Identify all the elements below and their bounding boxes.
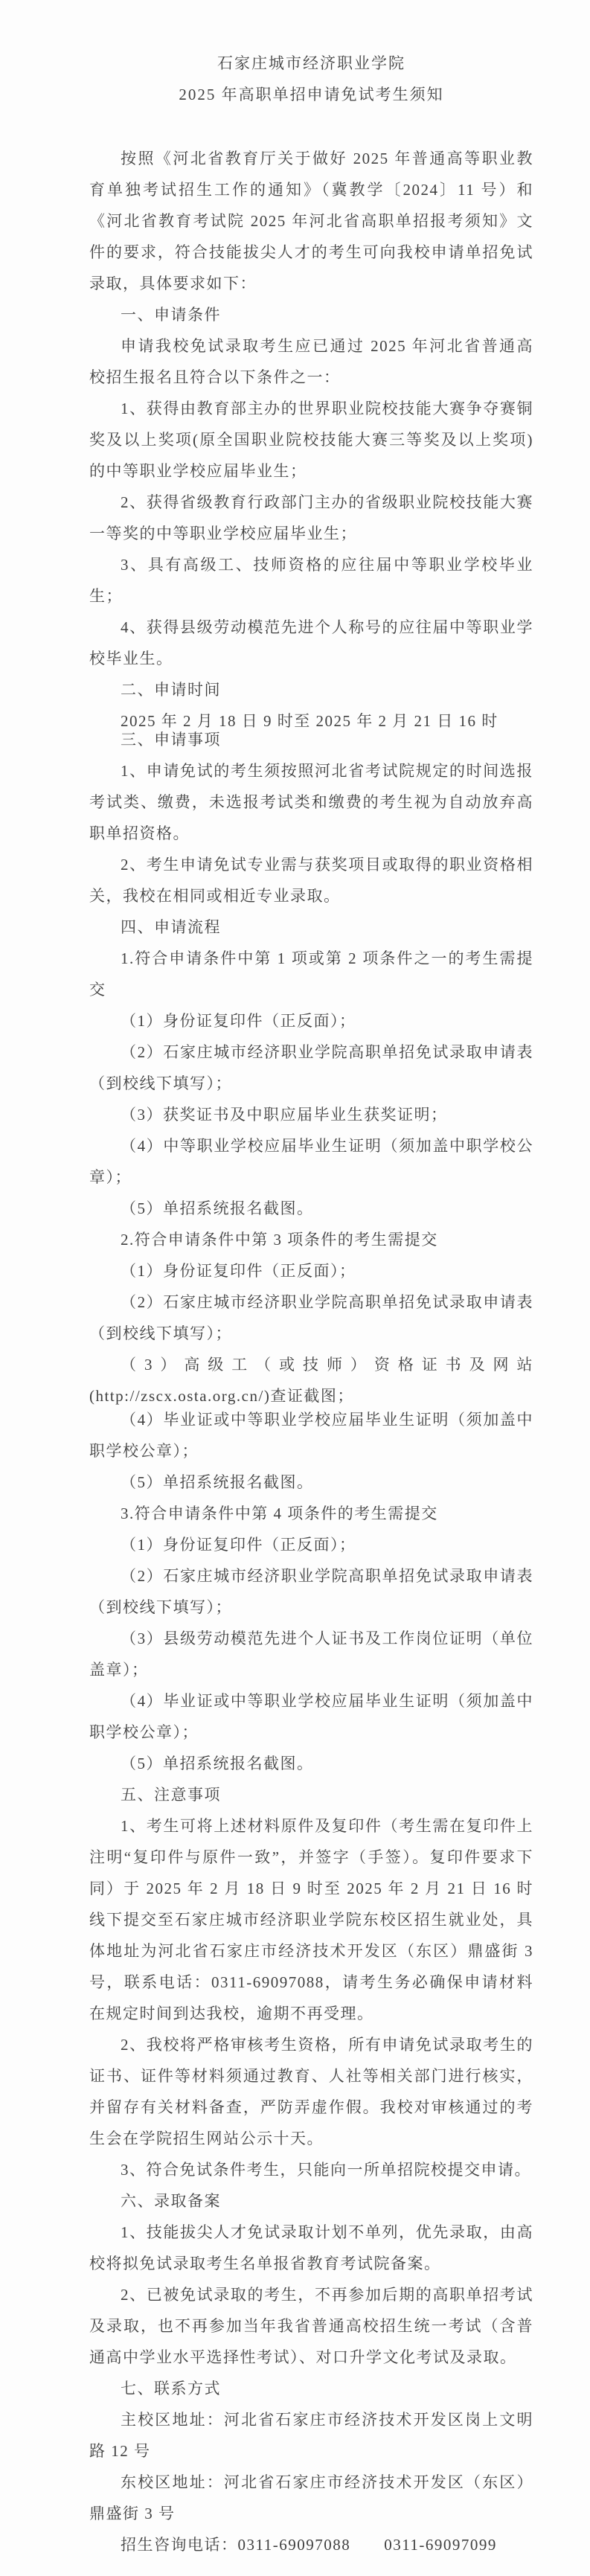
- paragraph: 1、申请免试的考生须按照河北省考试院规定的时间选报考试类、缴费，未选报考试类和缴…: [89, 755, 533, 849]
- paragraph: 3、具有高级工、技师资格的应往届中等职业学校毕业生；: [89, 549, 533, 612]
- doc-title-line2: 2025 年高职单招申请免试考生须知: [89, 79, 533, 110]
- document-page: 石家庄城市经济职业学院 2025 年高职单招申请免试考生须知 按照《河北省教育厅…: [0, 0, 590, 2576]
- paragraph: （1）身份证复印件（正反面）；: [89, 1255, 533, 1287]
- paragraph: 3、符合免试条件考生，只能向一所单招院校提交申请。: [89, 2154, 533, 2185]
- paragraph: （1）身份证复印件（正反面）；: [89, 1005, 533, 1037]
- paragraph: 东校区地址：河北省石家庄市经济技术开发区（东区）鼎盛街 3 号: [89, 2467, 533, 2529]
- paragraph: （3）高级工（或技师）资格证书及网站(http://zscx.osta.org.…: [89, 1349, 533, 1412]
- section-heading: 二、申请时间: [89, 674, 533, 705]
- paragraph: （2）石家庄城市经济职业学院高职单招免试录取申请表（到校线下填写）；: [89, 1287, 533, 1349]
- paragraph: （4）毕业证或中等职业学校应届毕业生证明（须加盖中职学校公章）；: [89, 1685, 533, 1748]
- document-body: 按照《河北省教育厅关于做好 2025 年普通高等职业教育单独考试招生工作的通知》…: [89, 143, 533, 2560]
- paragraph: （3）县级劳动模范先进个人证书及工作岗位证明（单位盖章）；: [89, 1623, 533, 1685]
- paragraph: 2、获得省级教育行政部门主办的省级职业院校技能大赛一等奖的中等职业学校应届毕业生…: [89, 487, 533, 549]
- section-heading: 六、录取备案: [89, 2185, 533, 2217]
- paragraph: 1、技能拔尖人才免试录取计划不单列，优先录取，由高校将拟免试录取考生名单报省教育…: [89, 2217, 533, 2279]
- section-heading: 七、联系方式: [89, 2373, 533, 2404]
- paragraph: （4）中等职业学校应届毕业生证明（须加盖中职学校公章）；: [89, 1130, 533, 1193]
- paragraph: （5）单招系统报名截图。: [89, 1467, 533, 1498]
- paragraph: 2、我校将严格审核考生资格，所有申请免试录取考生的证书、证件等材料须通过教育、人…: [89, 2029, 533, 2154]
- paragraph: （5）单招系统报名截图。: [89, 1193, 533, 1224]
- paragraph: 申请我校免试录取考生应已通过 2025 年河北省普通高校招生报名且符合以下条件之…: [89, 330, 533, 393]
- paragraph: 1、获得由教育部主办的世界职业院校技能大赛争夺赛铜奖及以上奖项(原全国职业院校技…: [89, 393, 533, 487]
- paragraph: 主校区地址：河北省石家庄市经济技术开发区岗上文明路 12 号: [89, 2404, 533, 2467]
- paragraph: 2、已被免试录取的考生，不再参加后期的高职单招考试及录取，也不再参加当年我省普通…: [89, 2279, 533, 2373]
- doc-title-line1: 石家庄城市经济职业学院: [89, 48, 533, 79]
- paragraph: （5）单招系统报名截图。: [89, 1748, 533, 1779]
- paragraph: （2）石家庄城市经济职业学院高职单招免试录取申请表（到校线下填写）；: [89, 1037, 533, 1099]
- paragraph: 按照《河北省教育厅关于做好 2025 年普通高等职业教育单独考试招生工作的通知》…: [89, 143, 533, 299]
- paragraph: 3.符合申请条件中第 4 项条件的考生需提交: [89, 1498, 533, 1529]
- paragraph: 2、考生申请免试专业需与获奖项目或取得的职业资格相关，我校在相同或相近专业录取。: [89, 849, 533, 911]
- paragraph: 招生咨询电话：0311-69097088 0311-69097099: [89, 2529, 533, 2560]
- paragraph: 1.符合申请条件中第 1 项或第 2 项条件之一的考生需提交: [89, 943, 533, 1005]
- section-heading: 四、申请流程: [89, 911, 533, 943]
- paragraph: （1）身份证复印件（正反面）；: [89, 1529, 533, 1560]
- paragraph: 4、获得县级劳动模范先进个人称号的应往届中等职业学校毕业生。: [89, 612, 533, 674]
- paragraph: （4）毕业证或中等职业学校应届毕业生证明（须加盖中职学校公章）；: [89, 1404, 533, 1467]
- paragraph: 2.符合申请条件中第 3 项条件的考生需提交: [89, 1224, 533, 1255]
- section-heading: 一、申请条件: [89, 299, 533, 330]
- paragraph: （2）石家庄城市经济职业学院高职单招免试录取申请表（到校线下填写）；: [89, 1560, 533, 1623]
- paragraph: （3）获奖证书及中职应届毕业生获奖证明；: [89, 1099, 533, 1130]
- section-heading: 五、注意事项: [89, 1779, 533, 1810]
- paragraph: 1、考生可将上述材料原件及复印件（考生需在复印件上注明“复印件与原件一致”，并签…: [89, 1810, 533, 2029]
